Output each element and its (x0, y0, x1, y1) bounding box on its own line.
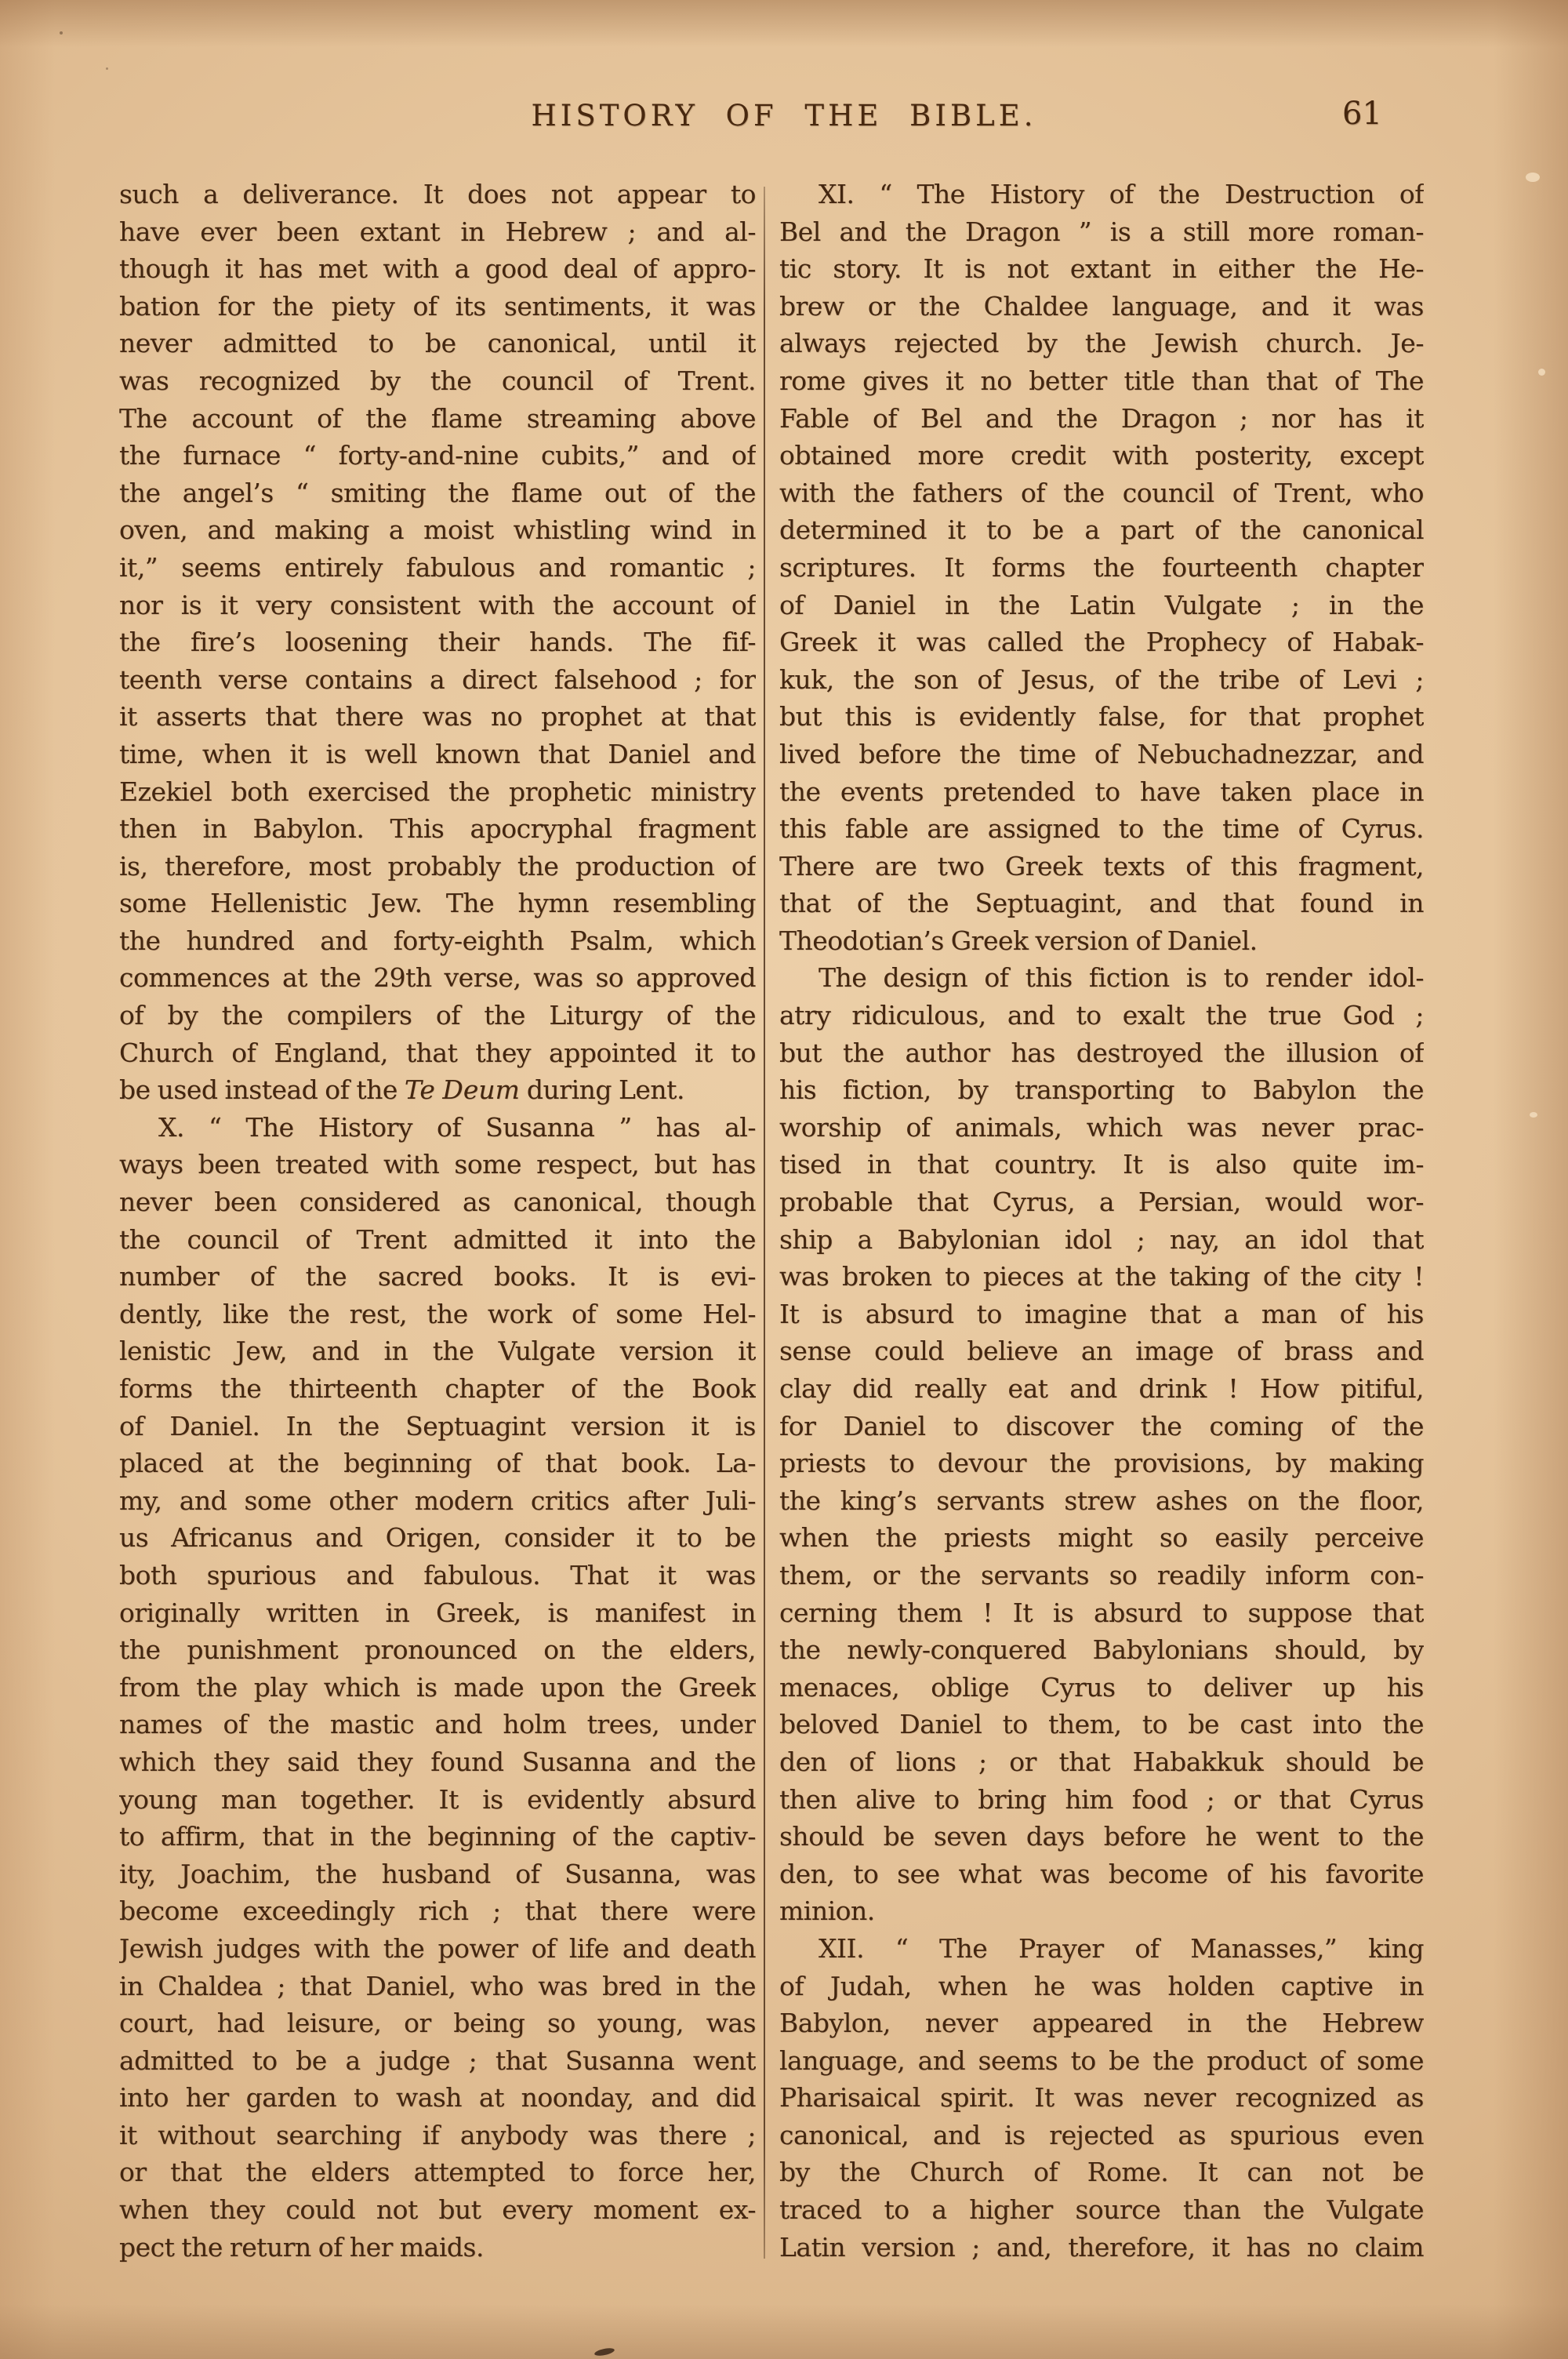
text-line: though it has met with a good deal of ap… (119, 250, 756, 288)
text-line: but the author has destroyed the illusio… (779, 1034, 1424, 1072)
right-text-column: XI. “ The History of the Destruction ofB… (779, 176, 1424, 2266)
text-line: this fable are assigned to the time of C… (779, 810, 1424, 848)
text-line: dently, like the rest, the work of some … (119, 1296, 756, 1333)
text-line: cerning them ! It is absurd to suppose t… (779, 1594, 1424, 1632)
text-line: menaces, oblige Cyrus to deliver up his (779, 1669, 1424, 1707)
text-line: was recognized by the council of Trent. (119, 362, 756, 400)
text-line: pect the return of her maids. (119, 2229, 756, 2266)
paper-speck (593, 2346, 615, 2357)
text-line: forms the thirteenth chapter of the Book (119, 1370, 756, 1408)
text-line: never been considered as canonical, thou… (119, 1183, 756, 1221)
text-line: when they could not but every moment ex- (119, 2191, 756, 2229)
text-line: language, and seems to be the product of… (779, 2042, 1424, 2080)
text-line: teenth verse contains a direct falsehood… (119, 661, 756, 699)
text-line: XI. “ The History of the Destruction of (779, 176, 1424, 213)
text-line: traced to a higher source than the Vulga… (779, 2191, 1424, 2229)
text-line: the king’s servants strew ashes on the f… (779, 1482, 1424, 1520)
text-line: priests to devour the provisions, by mak… (779, 1445, 1424, 1482)
paper-speck (60, 31, 63, 35)
text-line: to affirm, that in the beginning of the … (119, 1818, 756, 1856)
text-line: admitted to be a judge ; that Susanna we… (119, 2042, 756, 2080)
text-line: time, when it is well known that Daniel … (119, 736, 756, 773)
text-line: Church of England, that they appointed i… (119, 1034, 756, 1072)
text-line: XII. “ The Prayer of Manasses,” king (779, 1930, 1424, 1968)
left-text-column: such a deliverance. It does not appear t… (119, 176, 756, 2266)
text-line: should be seven days before he went to t… (779, 1818, 1424, 1856)
text-line: The design of this fiction is to render … (779, 959, 1424, 997)
text-line: kuk, the son of Jesus, of the tribe of L… (779, 661, 1424, 699)
text-line: with the fathers of the council of Trent… (779, 474, 1424, 512)
text-line: names of the mastic and holm trees, unde… (119, 1706, 756, 1743)
text-line: Fable of Bel and the Dragon ; nor has it (779, 400, 1424, 438)
text-line: when the priests might so easily perceiv… (779, 1519, 1424, 1557)
text-line: always rejected by the Jewish church. Je… (779, 325, 1424, 362)
book-page-scan: HISTORY OF THE BIBLE. 61 such a delivera… (0, 0, 1568, 2359)
text-line: probable that Cyrus, a Persian, would wo… (779, 1183, 1424, 1221)
text-line: beloved Daniel to them, to be cast into … (779, 1706, 1424, 1743)
text-line: young man together. It is evidently absu… (119, 1781, 756, 1819)
text-line: Ezekiel both exercised the prophetic min… (119, 773, 756, 811)
text-line: commences at the 29th verse, was so appr… (119, 959, 756, 997)
text-line: determined it to be a part of the canoni… (779, 511, 1424, 549)
text-line: become exceedingly rich ; that there wer… (119, 1892, 756, 1930)
text-line: them, or the servants so readily inform … (779, 1557, 1424, 1594)
text-line: Theodotian’s Greek version of Daniel. (779, 922, 1424, 960)
text-line: scriptures. It forms the fourteenth chap… (779, 549, 1424, 587)
text-line: originally written in Greek, is manifest… (119, 1594, 756, 1632)
text-line: into her garden to wash at noonday, and … (119, 2079, 756, 2117)
paper-speck (106, 67, 108, 70)
text-line: never admitted to be canonical, until it (119, 325, 756, 362)
text-line: nor is it very consistent with the accou… (119, 587, 756, 624)
text-line: lived before the time of Nebuchadnezzar,… (779, 736, 1424, 773)
text-line: Bel and the Dragon ” is a still more rom… (779, 213, 1424, 251)
text-line: the fire’s loosening their hands. The fi… (119, 623, 756, 661)
text-line: den, to see what was become of his favor… (779, 1856, 1424, 1893)
text-line: number of the sacred books. It is evi- (119, 1258, 756, 1296)
text-line: Greek it was called the Prophecy of Haba… (779, 623, 1424, 661)
text-line: minion. (779, 1892, 1424, 1930)
text-line: Pharisaical spirit. It was never recogni… (779, 2079, 1424, 2117)
running-header-title: HISTORY OF THE BIBLE. (0, 99, 1568, 133)
text-line: it without searching if anybody was ther… (119, 2117, 756, 2154)
text-line: lenistic Jew, and in the Vulgate version… (119, 1332, 756, 1370)
text-line: his fiction, by transporting to Babylon … (779, 1071, 1424, 1109)
text-line: tised in that country. It is also quite … (779, 1146, 1424, 1183)
text-line: It is absurd to imagine that a man of hi… (779, 1296, 1424, 1333)
text-line: of Daniel in the Latin Vulgate ; in the (779, 587, 1424, 624)
text-line: the events pretended to have taken place… (779, 773, 1424, 811)
text-line: but this is evidently false, for that pr… (779, 698, 1424, 736)
column-divider-rule (764, 187, 765, 2259)
text-line: was broken to pieces at the taking of th… (779, 1258, 1424, 1296)
text-line: both spurious and fabulous. That it was (119, 1557, 756, 1594)
text-line: The account of the flame streaming above (119, 400, 756, 438)
text-line: or that the elders attempted to force he… (119, 2154, 756, 2191)
text-line: us Africanus and Origen, consider it to … (119, 1519, 756, 1557)
text-line: which they said they found Susanna and t… (119, 1743, 756, 1781)
text-line: brew or the Chaldee language, and it was (779, 288, 1424, 325)
text-line: atry ridiculous, and to exalt the true G… (779, 997, 1424, 1034)
text-line: such a deliverance. It does not appear t… (119, 176, 756, 213)
text-line: Jewish judges with the power of life and… (119, 1930, 756, 1968)
text-line: of Daniel. In the Septuagint version it … (119, 1408, 756, 1445)
text-line: placed at the beginning of that book. La… (119, 1445, 756, 1482)
text-line: There are two Greek texts of this fragme… (779, 848, 1424, 885)
text-line: oven, and making a moist whistling wind … (119, 511, 756, 549)
text-line: be used instead of the Te Deum during Le… (119, 1071, 756, 1109)
text-line: bation for the piety of its sentiments, … (119, 288, 756, 325)
text-line: the hundred and forty-eighth Psalm, whic… (119, 922, 756, 960)
text-line: obtained more credit with posterity, exc… (779, 437, 1424, 474)
text-line: ity, Joachim, the husband of Susanna, wa… (119, 1856, 756, 1893)
text-line: Latin version ; and, therefore, it has n… (779, 2229, 1424, 2266)
text-line: the furnace “ forty-and-nine cubits,” an… (119, 437, 756, 474)
text-line: of by the compilers of the Liturgy of th… (119, 997, 756, 1034)
paper-speck (1526, 173, 1540, 182)
text-line: is, therefore, most probably the product… (119, 848, 756, 885)
text-line: the punishment pronounced on the elders, (119, 1631, 756, 1669)
text-line: rome gives it no better title than that … (779, 362, 1424, 400)
text-line: tic story. It is not extant in either th… (779, 250, 1424, 288)
text-line: X. “ The History of Susanna ” has al- (119, 1109, 756, 1147)
text-line: ship a Babylonian idol ; nay, an idol th… (779, 1221, 1424, 1259)
paper-speck (1530, 1112, 1537, 1118)
paper-speck (1538, 369, 1545, 376)
text-line: it asserts that there was no prophet at … (119, 698, 756, 736)
text-line: by the Church of Rome. It can not be (779, 2154, 1424, 2191)
text-line: of Judah, when he was holden captive in (779, 1968, 1424, 2005)
text-line: that of the Septuagint, and that found i… (779, 885, 1424, 922)
text-line: my, and some other modern critics after … (119, 1482, 756, 1520)
text-line: some Hellenistic Jew. The hymn resemblin… (119, 885, 756, 922)
text-line: then alive to bring him food ; or that C… (779, 1781, 1424, 1819)
text-line: den of lions ; or that Habakkuk should b… (779, 1743, 1424, 1781)
page-number: 61 (1342, 96, 1382, 132)
text-line: Babylon, never appeared in the Hebrew (779, 2005, 1424, 2042)
text-line: it,” seems entirely fabulous and romanti… (119, 549, 756, 587)
text-line: have ever been extant in Hebrew ; and al… (119, 213, 756, 251)
text-line: then in Babylon. This apocryphal fragmen… (119, 810, 756, 848)
text-line: for Daniel to discover the coming of the (779, 1408, 1424, 1445)
text-line: court, had leisure, or being so young, w… (119, 2005, 756, 2042)
text-line: worship of animals, which was never prac… (779, 1109, 1424, 1147)
text-line: the newly-conquered Babylonians should, … (779, 1631, 1424, 1669)
text-line: the council of Trent admitted it into th… (119, 1221, 756, 1259)
text-line: sense could believe an image of brass an… (779, 1332, 1424, 1370)
text-line: from the play which is made upon the Gre… (119, 1669, 756, 1707)
text-line: in Chaldea ; that Daniel, who was bred i… (119, 1968, 756, 2005)
text-line: the angel’s “ smiting the flame out of t… (119, 474, 756, 512)
text-line: ways been treated with some respect, but… (119, 1146, 756, 1183)
text-line: canonical, and is rejected as spurious e… (779, 2117, 1424, 2154)
text-line: clay did really eat and drink ! How piti… (779, 1370, 1424, 1408)
